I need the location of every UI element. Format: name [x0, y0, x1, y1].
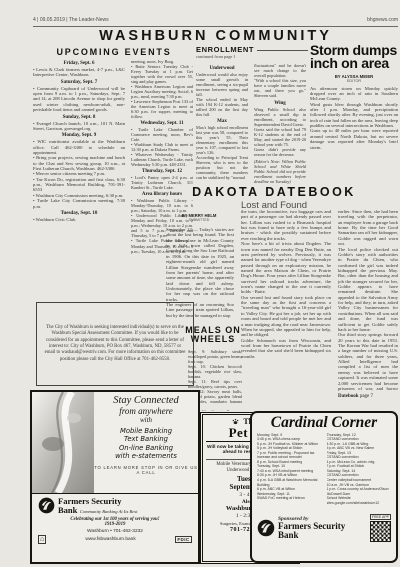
- jump-page: page 7: [359, 394, 373, 399]
- event-body: • Community Cupboard of Underwood will b…: [33, 86, 125, 113]
- enrollment-text: Max's high school enrollment last year w…: [196, 125, 248, 180]
- bank-contact: Washburn • 701-462-3232: [38, 529, 192, 534]
- datebook-column-2: the train, the locomotive, two baggage c…: [241, 209, 331, 409]
- enrollment-column-a: Underwood Underwood would also enjoy som…: [196, 63, 248, 187]
- events-heading: UPCOMING EVENTS: [33, 47, 195, 57]
- event-day: Friday, Sept. 6: [33, 61, 125, 66]
- enrollment-continued: continued from page 1: [196, 54, 256, 59]
- bank-ad: Stay Connected from anywhere with Mobile…: [30, 390, 200, 564]
- datebook-column-3: earlier. Since then, she had been travel…: [338, 209, 398, 391]
- storm-article: Storm dumps inch on area BY ALYSSA MEIER…: [310, 44, 398, 182]
- bank-headline-2: from anywhere: [94, 406, 198, 416]
- bank-website: www.fsbwashburn.bank: [85, 537, 135, 542]
- enrollment-text: Underwood would also enjoy some small gr…: [196, 72, 248, 117]
- fdic-badge: FDIC: [175, 536, 192, 543]
- storm-byline-role: EDITOR: [310, 79, 398, 83]
- heading-rule: [257, 49, 308, 51]
- enrollment-column-b: fluctuations" and he doesn't see much ch…: [254, 63, 306, 187]
- datebook-byline-block: BY MERRY HELM SUBMITTED: [166, 213, 232, 222]
- bank-years: 1919-2019: [38, 522, 192, 527]
- event-day: Monday, Sept. 9: [33, 133, 125, 138]
- enrollment-text: fluctuations" and he doesn't see much ch…: [254, 63, 306, 98]
- datebook-heading: DAKOTA DATEBOOK: [150, 185, 398, 199]
- datebook-jump-line: Datebook page 7: [338, 394, 398, 399]
- cardinal-schedule-col-2: Thursday, Sept. 12 CSTAND convention 4:3…: [327, 433, 392, 511]
- event-day: Sunday, Sept. 8: [33, 115, 125, 120]
- equal-housing-icon: ⌂: [38, 535, 46, 544]
- city-notice-box: The City of Washburn is seeking interest…: [36, 302, 194, 386]
- enrollment-text: Wing Public School also observed a small…: [254, 107, 306, 157]
- bank-logo-icon: [38, 497, 55, 514]
- swirl-graphic-image: [32, 392, 94, 493]
- storm-headline: Storm dumps inch on area: [310, 44, 398, 71]
- newspaper-page: { "page": { "info": "4 | 09.05.2019 | Th…: [0, 0, 400, 567]
- event-body: • Evangel Church launch, 10 a.m., 101 N.…: [33, 121, 125, 132]
- bank-cta: TO LEARN MORE STOP IN OR GIVE US A CALL: [94, 465, 198, 475]
- bank-headline-1: Stay Connected: [94, 395, 198, 406]
- events-column-1: Friday, Sept. 6 • Lewis & Clark farmers …: [33, 59, 125, 299]
- cardinal-corner-ad: Cardinal Corner Monday, Sept. 9 3:45 p.m…: [250, 411, 398, 563]
- storm-body: An afternoon storm on Monday quickly dro…: [310, 86, 398, 182]
- enrollment-heading-row: ENROLLMENT: [196, 45, 308, 54]
- sponsor-logo-icon: [257, 519, 275, 537]
- cardinal-schedule-col-1: Monday, Sept. 9 3:45 p.m. WSA chess camp…: [257, 433, 322, 511]
- cardinal-sponsor-name-2: Bank: [278, 531, 345, 540]
- bank-services: Mobile Banking Text Banking On-line Bank…: [94, 427, 198, 461]
- event-day: Thursday, Sept. 12: [131, 169, 193, 174]
- bank-headline-3: with: [94, 416, 198, 424]
- event-body: • Washburn Civic Club: [33, 217, 125, 222]
- bank-brand-2: Bank: [58, 506, 77, 515]
- enrollment-subhead: Max: [196, 119, 248, 124]
- event-day: Saturday, Sept. 7: [33, 80, 125, 85]
- bank-tagline: Community Banking At Its Best: [80, 510, 138, 515]
- jump-word: Datebook: [338, 394, 359, 399]
- paw-icon: [232, 418, 239, 425]
- site-url: bhgnews.com: [367, 17, 398, 23]
- enrollment-subhead: Underwood: [196, 66, 248, 71]
- datebook-byline-role: SUBMITTED: [166, 218, 232, 222]
- bank-ad-graphic: [32, 392, 94, 493]
- event-body: • Lewis & Clark farmers market, 4-7 p.m.…: [33, 67, 125, 78]
- editors-note: (Editor's Note: Wilton Public School and…: [254, 159, 306, 184]
- event-day: Tuesday, Sept. 10: [33, 211, 125, 216]
- city-notice-text: The City of Washburn is seeking interest…: [37, 321, 193, 368]
- free-app-label: FREE APP: [370, 514, 391, 520]
- event-day: Wednesday, Sept. 11: [131, 121, 193, 126]
- event-body: meeting, noon, Ivy Burg. • Butte Seniors…: [131, 59, 193, 119]
- event-body: • WIC nutritionist available at the Wash…: [33, 139, 125, 209]
- page-info: 4 | 09.05.2019 | The Leader-News: [33, 17, 109, 23]
- enrollment-heading: ENROLLMENT: [196, 45, 254, 54]
- event-body: • Turtle Lake Chamber of Commerce meetin…: [131, 127, 193, 167]
- enrollment-subhead: Wing: [254, 101, 306, 106]
- page-meta-bar: 4 | 09.05.2019 | The Leader-News bhgnews…: [33, 17, 398, 27]
- cardinal-title: Cardinal Corner: [257, 415, 391, 431]
- datebook-header: DAKOTA DATEBOOK Lost and Found: [150, 185, 398, 211]
- qr-code: [370, 521, 391, 542]
